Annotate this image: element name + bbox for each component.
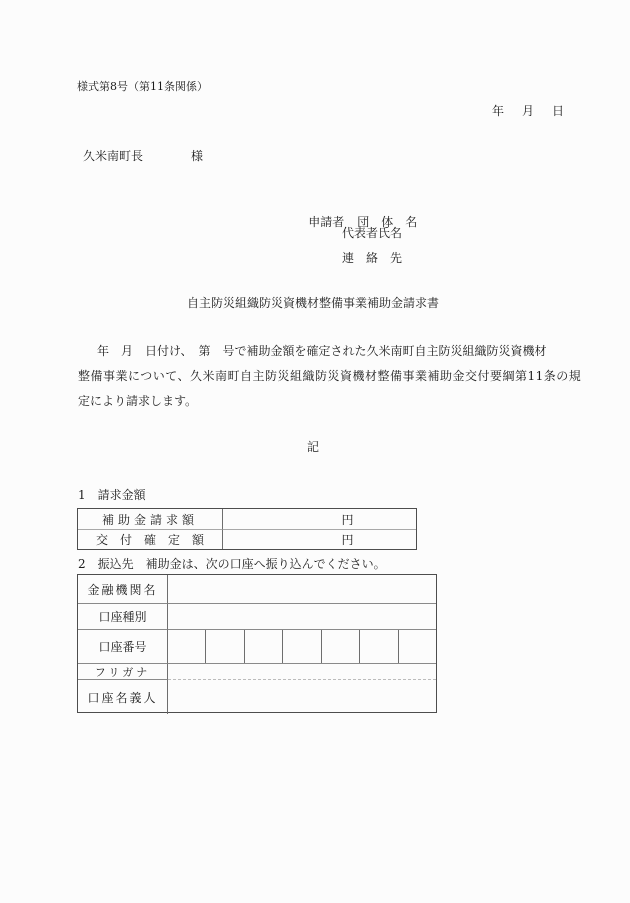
form-number: 様式第8号（第11条関係） <box>77 80 208 93</box>
confirmed-amount-value-cell[interactable]: 円 <box>223 529 416 549</box>
table-row: 口座種別 <box>78 603 436 629</box>
applicant-field-representative: 代表者氏名 <box>342 226 402 240</box>
bank-account-table: 金融機関名 口座種別 口座番号 フリガナ 口座名義人 <box>77 574 437 713</box>
bank-name-value-cell[interactable] <box>168 575 436 603</box>
account-holder-label-cell: 口座名義人 <box>78 679 168 714</box>
table-row: 補助金請求額 円 <box>78 509 416 529</box>
claim-amount-table: 補助金請求額 円 交 付 確 定 額 円 <box>77 508 417 550</box>
furigana-label-cell: フリガナ <box>78 663 168 679</box>
account-number-cell[interactable] <box>282 630 320 663</box>
addressee-line: 久米南町長 様 <box>83 149 203 163</box>
section2-heading: 2 振込先 補助金は、次の口座へ振り込んでください。 <box>78 557 386 571</box>
body-line-3: 定により請求します。 <box>78 394 570 408</box>
claim-amount-value-cell[interactable]: 円 <box>223 509 416 529</box>
table-row: 口座番号 <box>78 629 436 663</box>
table-row: 口座名義人 <box>78 679 436 714</box>
account-number-label-cell: 口座番号 <box>78 629 168 663</box>
date-line: 年 月 日 <box>492 104 567 118</box>
bank-name-label-cell: 金融機関名 <box>78 575 168 603</box>
account-number-cell[interactable] <box>398 630 436 663</box>
yen-label: 円 <box>341 531 353 548</box>
body-line-2: 整備事業について、久米南町自主防災組織防災資機材整備事業補助金交付要綱第11条の… <box>78 369 570 383</box>
applicant-field-contact: 連 絡 先 <box>342 251 402 265</box>
document-page: 様式第8号（第11条関係） 年 月 日 久米南町長 様 申請者団 体 名 代表者… <box>0 0 630 903</box>
yen-label: 円 <box>341 511 353 528</box>
furigana-value-cell[interactable] <box>168 663 436 679</box>
account-number-cell[interactable] <box>168 630 205 663</box>
table-row: 交 付 確 定 額 円 <box>78 529 416 549</box>
table-row: フリガナ <box>78 663 436 679</box>
document-title: 自主防災組織防災資機材整備事業補助金請求書 <box>73 296 553 310</box>
account-number-cell[interactable] <box>205 630 243 663</box>
section1-heading: 1 請求金額 <box>78 488 146 502</box>
account-type-value-cell[interactable] <box>168 603 436 629</box>
claim-amount-label-cell: 補助金請求額 <box>78 509 223 529</box>
ki-heading: 記 <box>73 440 553 454</box>
account-holder-value-cell[interactable] <box>168 679 436 714</box>
account-number-cell[interactable] <box>321 630 359 663</box>
body-line-1: 年 月 日付け、 第 号で補助金額を確定された久米南町自主防災組織防災資機材 <box>78 344 570 358</box>
account-type-label-cell: 口座種別 <box>78 603 168 629</box>
account-number-cells <box>168 629 436 663</box>
confirmed-amount-label-cell: 交 付 確 定 額 <box>78 529 223 549</box>
account-number-cell[interactable] <box>244 630 282 663</box>
table-row: 金融機関名 <box>78 575 436 603</box>
applicant-prefix: 申請者 <box>308 215 344 229</box>
account-number-cell[interactable] <box>359 630 397 663</box>
